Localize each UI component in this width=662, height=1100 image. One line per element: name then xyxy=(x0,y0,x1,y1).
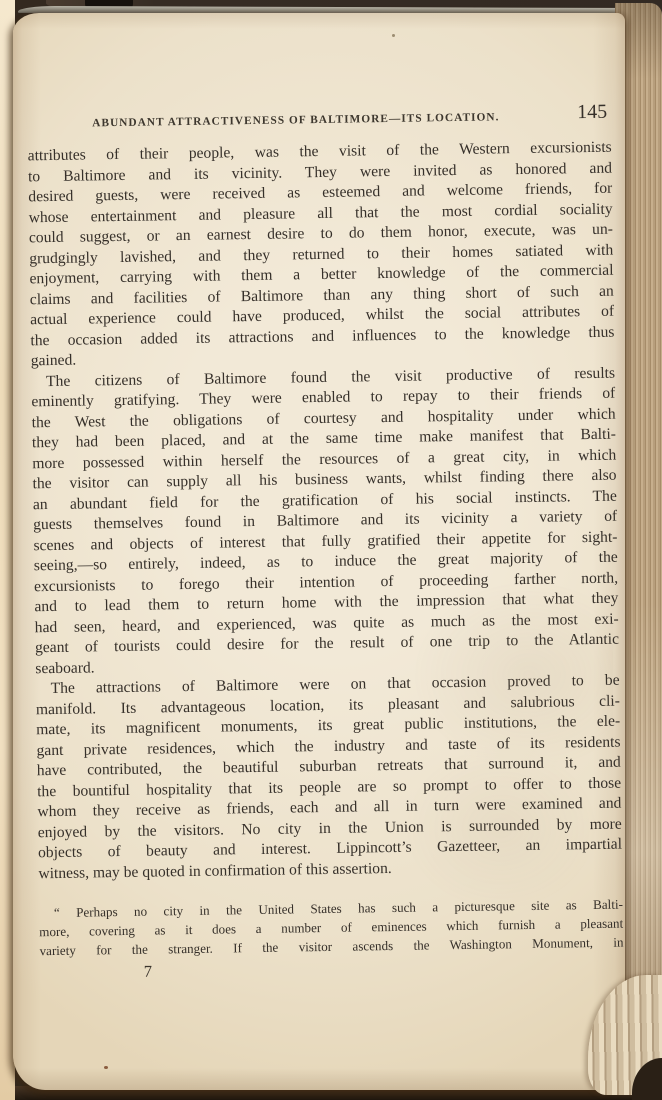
page-text: attributes of their people, was the visi… xyxy=(28,138,624,961)
signature-mark: 7 xyxy=(144,955,624,982)
running-header: ABUNDANT ATTRACTIVENESS OF BALTIMORE—ITS… xyxy=(27,101,611,140)
paragraph: The citizens of Baltimore found the visi… xyxy=(31,363,619,679)
book-page: ABUNDANT ATTRACTIVENESS OF BALTIMORE—ITS… xyxy=(13,13,625,1090)
paragraph: attributes of their people, was the visi… xyxy=(28,138,615,372)
paragraph: The attractions of Baltimore were on tha… xyxy=(35,671,622,885)
paper-speck xyxy=(104,1066,108,1069)
page-number: 145 xyxy=(577,101,607,124)
paper-speck xyxy=(392,34,395,37)
quoted-extract-paragraph: “ Perhaps no city in the United States h… xyxy=(39,895,624,961)
page-content: ABUNDANT ATTRACTIVENESS OF BALTIMORE—ITS… xyxy=(27,101,624,984)
running-header-title: ABUNDANT ATTRACTIVENESS OF BALTIMORE—ITS… xyxy=(92,111,499,129)
book-page-scan: ABUNDANT ATTRACTIVENESS OF BALTIMORE—ITS… xyxy=(0,0,662,1100)
